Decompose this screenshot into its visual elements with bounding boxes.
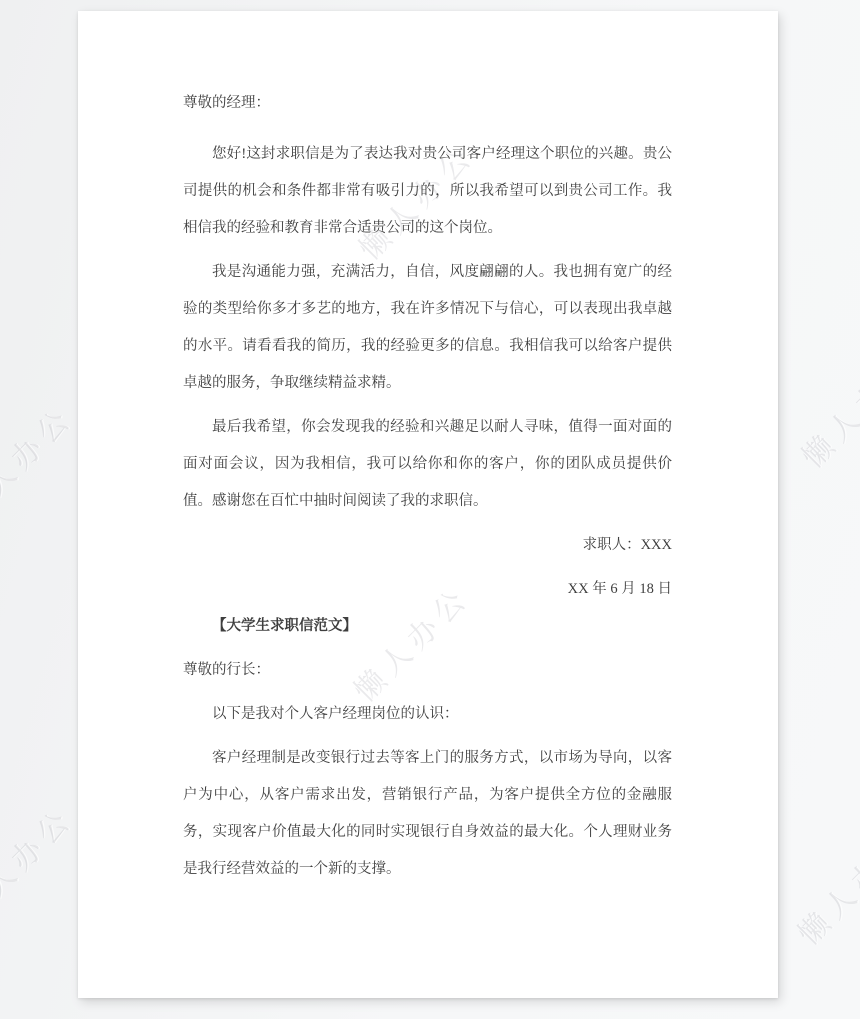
watermark-text: 懒人办公	[0, 795, 82, 931]
letter2-salutation: 尊敬的行长：	[183, 652, 672, 689]
letter1-signature: 求职人：XXX	[183, 527, 672, 564]
watermark-text: 懒人办公	[786, 817, 860, 953]
letter1-paragraph-3: 最后我希望，你会发现我的经验和兴趣足以耐人寻味，值得一面对面的面对面会议，因为我…	[183, 409, 672, 520]
letter1-salutation: 尊敬的经理：	[183, 85, 672, 122]
letter2-paragraph-1: 客户经理制是改变银行过去等客上门的服务方式，以市场为导向，以客户为中心，从客户需…	[183, 740, 672, 888]
letter1-paragraph-1: 您好!这封求职信是为了表达我对贵公司客户经理这个职位的兴趣。贵公司提供的机会和条…	[183, 136, 672, 247]
watermark-text: 懒人办公	[790, 340, 860, 476]
letter-content: 尊敬的经理： 您好!这封求职信是为了表达我对贵公司客户经理这个职位的兴趣。贵公司…	[78, 11, 778, 998]
letter2-intro: 以下是我对个人客户经理岗位的认识：	[183, 696, 672, 733]
document-canvas: 懒人办公 懒人办公 懒人办公 懒人办公 懒人办公 懒人办公 尊敬的经理： 您好!…	[0, 0, 860, 1019]
watermark-text: 懒人办公	[0, 394, 82, 530]
letter1-date: XX 年 6 月 18 日	[183, 571, 672, 608]
section-heading: 【大学生求职信范文】	[183, 608, 672, 645]
letter1-paragraph-2: 我是沟通能力强，充满活力，自信，风度翩翩的人。我也拥有宽广的经验的类型给你多才多…	[183, 254, 672, 402]
